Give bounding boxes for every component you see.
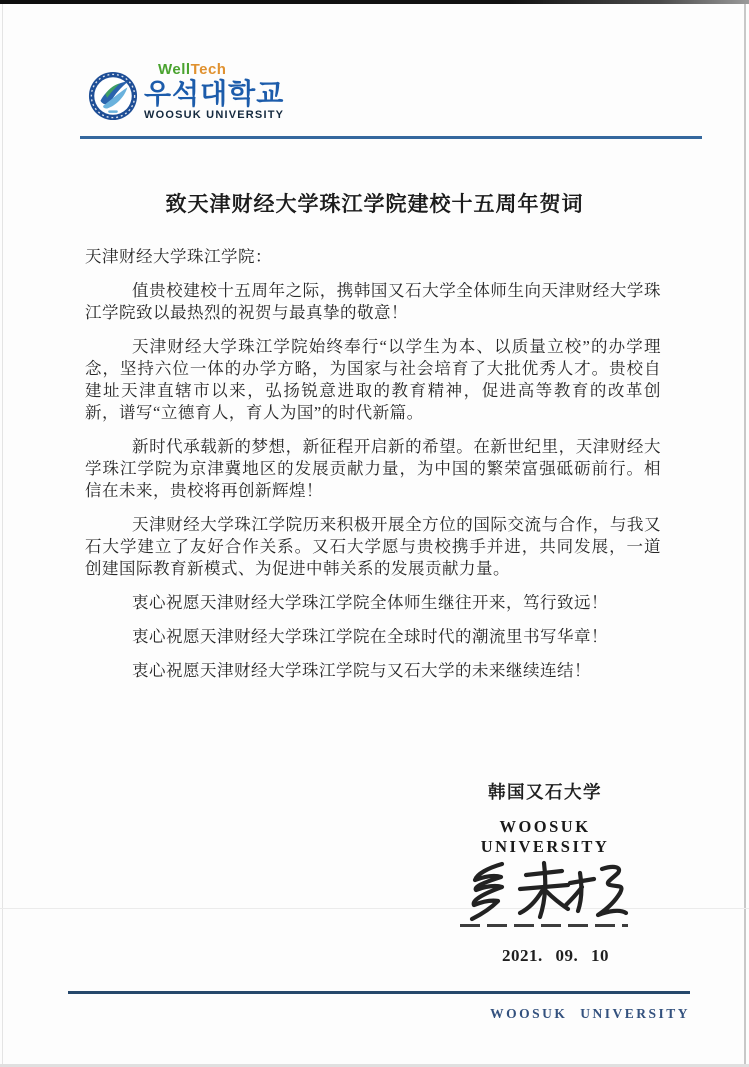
letter-wish-line: 衷心祝愿天津财经大学珠江学院在全球时代的潮流里书写华章！ [85, 626, 661, 648]
letter-paragraph: 天津财经大学珠江学院始终奉行“以学生为本、以质量立校”的办学理念，坚持六位一体的… [85, 336, 661, 424]
letter-paragraph: 天津财经大学珠江学院历来积极开展全方位的国际交流与合作，与我又石大学建立了友好合… [85, 514, 661, 580]
signature-org-block: 韩国又石大学 WOOSUK UNIVERSITY [432, 779, 658, 857]
welltech-tech: Tech [191, 61, 227, 78]
letter-wish-line: 衷心祝愿天津财经大学珠江学院与又石大学的未来继续连结！ [85, 660, 661, 682]
signature-date: 2021. 09. 10 [502, 946, 609, 966]
logo-text-block: WellTech 우석대학교 WOOSUK UNIVERSITY [144, 62, 284, 122]
footer-university-name: WOOSUK UNIVERSITY [68, 1006, 690, 1022]
handwritten-signature [462, 858, 632, 928]
scanned-letter-page: WellTech 우석대학교 WOOSUK UNIVERSITY 致天津财经大学… [0, 0, 749, 1067]
scan-artifact-line [0, 908, 749, 909]
letter-wish-line: 衷心祝愿天津财经大学珠江学院全体师生继往开来，笃行致远！ [85, 592, 661, 614]
header-divider-line [80, 136, 702, 139]
signature-org-chinese: 韩国又石大学 [432, 779, 658, 804]
scan-edge-top [0, 0, 749, 4]
footer-divider-line [68, 991, 690, 994]
woosuk-university-seal-icon [88, 70, 138, 122]
letter-body: 天津财经大学珠江学院： 值贵校建校十五周年之际，携韩国又石大学全体师生向天津财经… [85, 246, 661, 682]
signature-org-english: WOOSUK UNIVERSITY [432, 817, 658, 857]
letter-paragraph: 值贵校建校十五周年之际，携韩国又石大学全体师生向天津财经大学珠江学院致以最热烈的… [85, 280, 661, 324]
letter-salutation: 天津财经大学珠江学院： [85, 246, 661, 268]
university-logo: WellTech 우석대학교 WOOSUK UNIVERSITY [88, 62, 284, 122]
welltech-wordmark: WellTech [144, 62, 284, 78]
university-korean-name: 우석대학교 [144, 78, 284, 109]
signature-underline [460, 924, 628, 927]
letter-title: 致天津财经大学珠江学院建校十五周年贺词 [0, 188, 749, 218]
welltech-well: Well [158, 61, 191, 78]
university-english-name: WOOSUK UNIVERSITY [144, 109, 284, 122]
letter-paragraph: 新时代承载新的梦想，新征程开启新的希望。在新世纪里，天津财经大学珠江学院为京津冀… [85, 436, 661, 502]
